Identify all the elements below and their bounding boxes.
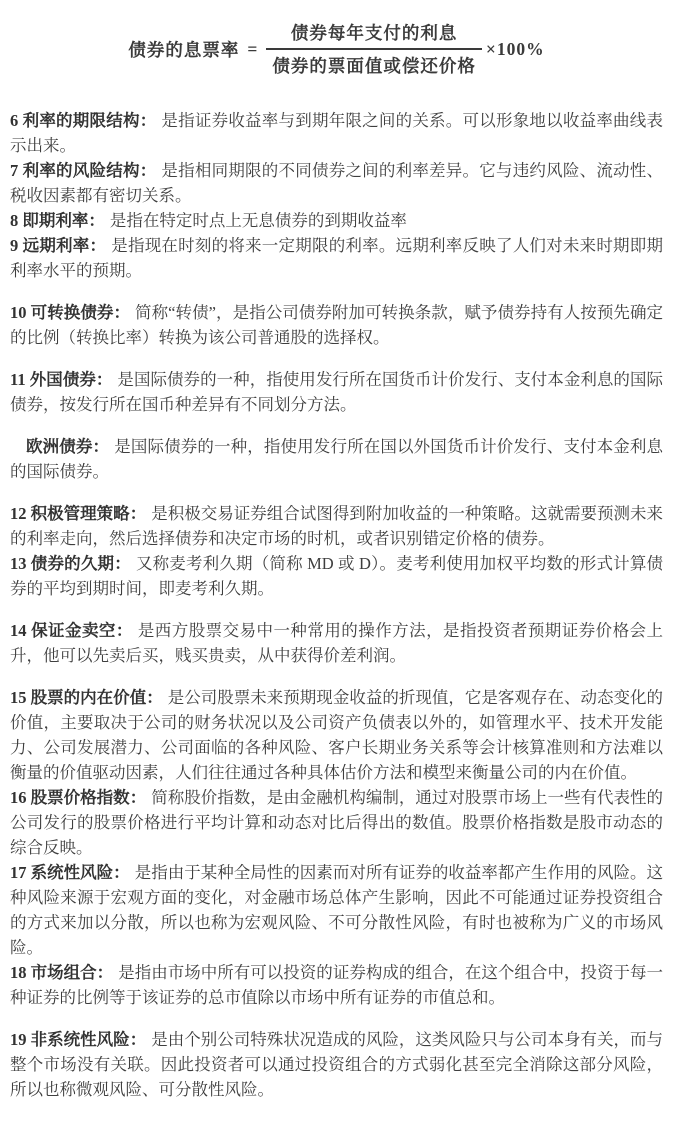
entry-definition: 是指现在时刻的将来一定期限的利率。远期利率反映了人们对未来时期即期利率水平的预期… [10,236,663,280]
entry-term: 10 可转换债券： [10,303,130,322]
definition-entry: 7 利率的风险结构：是指相同期限的不同债券之间的利率差异。它与违约风险、流动性、… [10,158,663,208]
fraction-numerator: 债券每年支付的利息 [266,20,482,50]
definition-entry: 14 保证金卖空：是西方股票交易中一种常用的操作方法，是指投资者预期证券价格会上… [10,618,663,668]
entry-term: 19 非系统性风险： [10,1030,146,1049]
entry-term: 8 即期利率： [10,211,105,230]
definition-entry: 6 利率的期限结构：是指证券收益率与到期年限之间的关系。可以形象地以收益率曲线表… [10,108,663,158]
coupon-rate-formula: 债券的息票率 = 债券每年支付的利息 债券的票面值或偿还价格 ×100% [10,20,663,78]
entry-term: 14 保证金卖空： [10,621,133,640]
formula-multiplier: ×100% [486,39,545,60]
definition-entry: 10 可转换债券：简称“转债”，是指公司债券附加可转换条款，赋予债券持有人按预先… [10,300,663,350]
definition-entry: 16 股票价格指数：简称股价指数，是由金融机构编制，通过对股票市场上一些有代表性… [10,785,663,860]
definition-entry: 19 非系统性风险：是由个别公司特殊状况造成的风险，这类风险只与公司本身有关，而… [10,1027,663,1102]
document-page: 债券的息票率 = 债券每年支付的利息 债券的票面值或偿还价格 ×100% 6 利… [0,0,675,1122]
entry-term: 7 利率的风险结构： [10,161,156,180]
formula-lhs: 债券的息票率 [128,37,239,62]
definition-entry: 12 积极管理策略：是积极交易证券组合试图得到附加收益的一种策略。这就需要预测未… [10,501,663,551]
entry-term: 12 积极管理策略： [10,504,146,523]
definition-entry: 11 外国债券：是国际债券的一种，指使用发行所在国货币计价发行、支付本金利息的国… [10,367,663,417]
entry-term: 9 远期利率： [10,236,106,255]
definition-entry: 15 股票的内在价值：是公司股票未来预期现金收益的折现值，它是客观存在、动态变化… [10,685,663,785]
entry-definition: 是指在特定时点上无息债券的到期收益率 [110,211,407,230]
entry-term: 11 外国债券： [10,370,112,389]
definition-entry: 13 债券的久期：又称麦考利久期（简称 MD 或 D）。麦考利使用加权平均数的形… [10,551,663,601]
entry-term: 17 系统性风险： [10,863,130,882]
entry-term: 18 市场组合： [10,963,113,982]
fraction-denominator: 债券的票面值或偿还价格 [266,50,482,78]
definition-entry: 8 即期利率：是指在特定时点上无息债券的到期收益率 [10,208,663,233]
entry-term: 6 利率的期限结构： [10,111,156,130]
definition-entry: 18 市场组合：是指由市场中所有可以投资的证券构成的组合，在这个组合中，投资于每… [10,960,663,1010]
formula-fraction: 债券每年支付的利息 债券的票面值或偿还价格 [266,20,482,78]
entry-term: 13 债券的久期： [10,554,131,573]
entry-term: 欧洲债券： [26,437,109,456]
definition-entry: 欧洲债券：是国际债券的一种，指使用发行所在国以外国货币计价发行、支付本金利息的国… [10,434,663,484]
definition-entry: 9 远期利率：是指现在时刻的将来一定期限的利率。远期利率反映了人们对未来时期即期… [10,233,663,283]
equals-sign: = [247,39,258,60]
definitions-list: 6 利率的期限结构：是指证券收益率与到期年限之间的关系。可以形象地以收益率曲线表… [10,108,663,1102]
entry-term: 15 股票的内在价值： [10,688,163,707]
entry-term: 16 股票价格指数： [10,788,146,807]
definition-entry: 17 系统性风险：是指由于某种全局性的因素而对所有证券的收益率都产生作用的风险。… [10,860,663,960]
